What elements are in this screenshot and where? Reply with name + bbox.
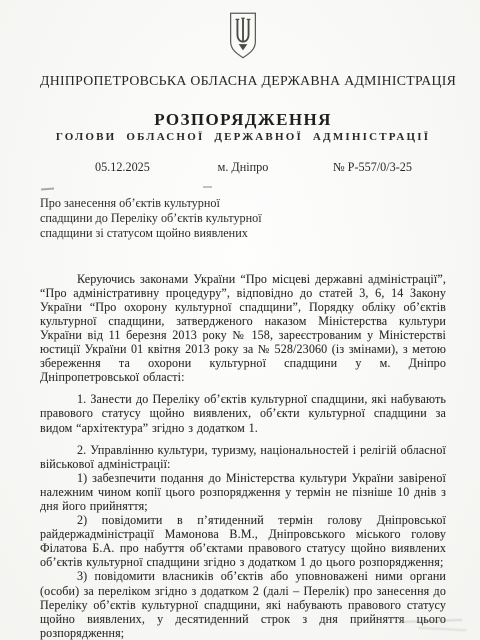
meta-row: 05.12.2025 м. Дніпро № Р-557/0/3-25	[40, 160, 446, 175]
paragraph-subitem-2: 2) повідомити в п’ятиденний термін голов…	[40, 513, 446, 569]
doc-date: 05.12.2025	[95, 160, 150, 175]
subject-block: Про занесення об’єктів культурної спадщи…	[40, 196, 262, 242]
doc-number: № Р-557/0/3-25	[333, 160, 412, 175]
paragraph-item-2: 2. Управлінню культури, туризму, націона…	[40, 443, 446, 471]
document-page: ДНІПРОПЕТРОВСЬКА ОБЛАСНА ДЕРЖАВНА АДМІНІ…	[0, 0, 480, 640]
paragraph-subitem-1: 1) забезпечити подання до Міністерства к…	[40, 471, 446, 513]
paragraph-item-1: 1. Занести до Переліку об’єктів культурн…	[40, 392, 446, 434]
paragraph-subitem-3: 3) повідомити власників об’єктів або упо…	[40, 569, 446, 639]
document-content: ДНІПРОПЕТРОВСЬКА ОБЛАСНА ДЕРЖАВНА АДМІНІ…	[0, 12, 480, 640]
doc-city: м. Дніпро	[218, 160, 269, 175]
ukraine-trident-icon	[224, 12, 262, 59]
org-name: ДНІПРОПЕТРОВСЬКА ОБЛАСНА ДЕРЖАВНА АДМІНІ…	[40, 73, 446, 89]
paragraph-preamble: Керуючись законами України “Про місцеві …	[40, 272, 446, 385]
doc-title: РОЗПОРЯДЖЕННЯ	[40, 110, 446, 130]
doc-subtitle: ГОЛОВИ ОБЛАСНОЇ ДЕРЖАВНОЇ АДМІНІСТРАЦІЇ	[40, 131, 446, 143]
body-block: Керуючись законами України “Про місцеві …	[40, 272, 446, 640]
